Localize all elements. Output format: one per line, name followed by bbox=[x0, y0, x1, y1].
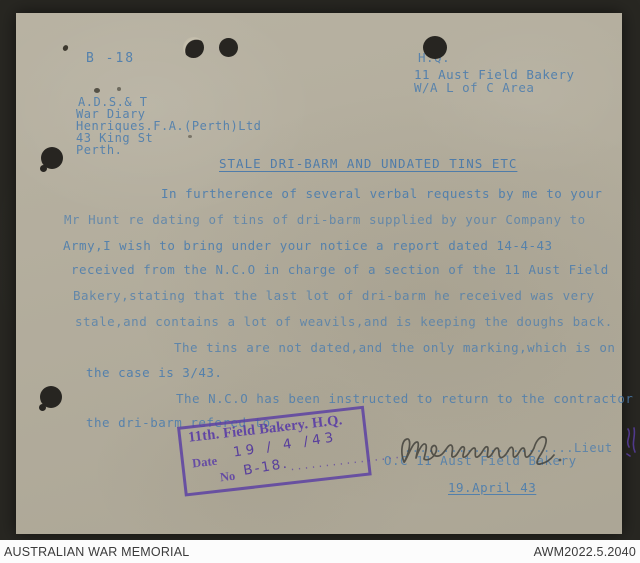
footer-institution-label: AUSTRALIAN WAR MEMORIAL bbox=[4, 545, 189, 559]
punch-hole bbox=[423, 36, 447, 59]
body-line: Mr Hunt re dating of tins of dri-barm su… bbox=[64, 212, 586, 227]
letter-date: 19.April 43 bbox=[448, 480, 536, 495]
stamp-number-label: No bbox=[219, 469, 236, 486]
body-line: received from the N.C.O in charge of a s… bbox=[71, 262, 609, 277]
paper-speck bbox=[94, 88, 100, 93]
subject-title: STALE DRI-BARM AND UNDATED TINS ETC bbox=[219, 156, 517, 171]
punch-hole bbox=[219, 38, 238, 57]
footer-bar: AUSTRALIAN WAR MEMORIAL AWM2022.5.2040 bbox=[0, 540, 640, 563]
punch-hole-torn bbox=[183, 37, 204, 58]
recipient-line: Perth. bbox=[76, 143, 122, 157]
stamp-date-label: Date bbox=[191, 454, 218, 472]
body-line: The N.C.O has been instructed to return … bbox=[176, 391, 633, 406]
body-line: Bakery,stating that the last lot of dri-… bbox=[73, 288, 595, 303]
stamp-dotted-line: ................ bbox=[289, 450, 402, 474]
signature-ink bbox=[394, 432, 570, 472]
body-line: stale,and contains a lot of weavils,and … bbox=[75, 314, 613, 329]
sender-area-line: W/A L of C Area bbox=[414, 80, 534, 95]
footer-accession-number: AWM2022.5.2040 bbox=[534, 545, 636, 559]
pen-mark bbox=[622, 426, 640, 460]
body-line: the case is 3/43. bbox=[86, 365, 222, 380]
punch-hole-notch bbox=[40, 165, 47, 172]
body-line: The tins are not dated,and the only mark… bbox=[174, 340, 615, 355]
document-page: B -18 H.Q. 11 Aust Field Bakery W/A L of… bbox=[16, 13, 622, 534]
paper-speck bbox=[62, 44, 69, 52]
paper-speck bbox=[188, 135, 192, 138]
paper-speck bbox=[117, 87, 121, 91]
stamp-number-value: B-18. bbox=[242, 456, 290, 479]
punch-hole-notch bbox=[39, 404, 46, 411]
body-line: In furtherence of several verbal request… bbox=[161, 186, 602, 201]
scan-background: B -18 H.Q. 11 Aust Field Bakery W/A L of… bbox=[0, 0, 640, 563]
body-line: Army,I wish to bring under your notice a… bbox=[63, 238, 553, 253]
reference-number: B -18 bbox=[86, 51, 135, 66]
